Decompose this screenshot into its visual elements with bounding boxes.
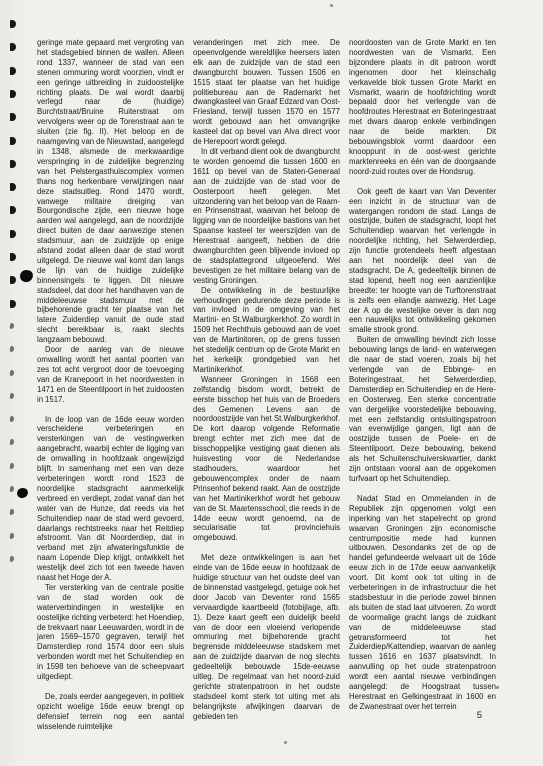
text-column-1: geringe mate gepaard met vergroting van … bbox=[37, 38, 184, 732]
paragraph: De ontwikkeling in de bestuurlijke verho… bbox=[193, 286, 340, 375]
binding-mark bbox=[10, 43, 16, 51]
paragraph: veranderingen met zich mee. De opeenvolg… bbox=[193, 38, 340, 147]
document-page: geringe mate gepaard met vergroting van … bbox=[0, 0, 543, 766]
binding-mark bbox=[10, 393, 15, 400]
text-column-2: veranderingen met zich mee. De opeenvolg… bbox=[193, 38, 340, 722]
scan-speck bbox=[330, 4, 333, 7]
binding-mark bbox=[10, 346, 15, 353]
binding-mark bbox=[10, 486, 15, 493]
paragraph: Met deze ontwikkelingen is aan het einde… bbox=[193, 553, 340, 721]
binding-mark bbox=[10, 416, 15, 423]
binding-mark bbox=[10, 90, 16, 98]
binding-mark bbox=[10, 113, 16, 121]
binding-mark bbox=[10, 532, 15, 539]
binding-mark bbox=[10, 509, 15, 516]
binding-mark bbox=[10, 276, 16, 284]
binding-mark bbox=[10, 183, 16, 191]
binding-mark bbox=[10, 206, 16, 214]
paragraph: Nadat Stad en Ommelanden in de Republiek… bbox=[349, 494, 496, 712]
paragraph: Wanneer Groningen in 1568 een zelfstandi… bbox=[193, 375, 340, 543]
paragraph: In dit verband dient ook de dwangburcht … bbox=[193, 147, 340, 286]
scan-speck bbox=[496, 686, 499, 689]
text-column-3: noordoosten van de Grote Markt en ten no… bbox=[349, 38, 496, 712]
binding-mark bbox=[10, 230, 16, 238]
ink-blot bbox=[19, 269, 34, 283]
binding-mark bbox=[10, 462, 15, 469]
scan-speck bbox=[284, 741, 287, 744]
paragraph: Door de aanleg van de nieuwe omwalling w… bbox=[37, 345, 184, 404]
binding-mark bbox=[10, 556, 15, 563]
binding-mark bbox=[10, 300, 16, 308]
paragraph: geringe mate gepaard met vergroting van … bbox=[37, 38, 184, 345]
binding-mark bbox=[10, 439, 15, 446]
paragraph: Buiten de omwalling bevindt zich losse b… bbox=[349, 335, 496, 484]
paragraph: De, zoals eerder aangegeven, in politiek… bbox=[37, 692, 184, 732]
ink-blot bbox=[16, 487, 29, 499]
paragraph: Ter versterking van de centrale positie … bbox=[37, 583, 184, 682]
binding-mark bbox=[10, 323, 15, 330]
binding-mark bbox=[10, 67, 16, 75]
binding-mark bbox=[10, 160, 16, 168]
binding-mark bbox=[10, 20, 16, 28]
paragraph: Ook geeft de kaart van Van Deventer een … bbox=[349, 187, 496, 336]
binding-mark bbox=[10, 253, 16, 261]
binding-mark bbox=[10, 137, 16, 145]
page-number: 5 bbox=[462, 710, 482, 721]
paragraph: In de loop van de 16de eeuw worden versc… bbox=[37, 415, 184, 583]
paragraph: noordoosten van de Grote Markt en ten no… bbox=[349, 38, 496, 177]
binding-mark bbox=[10, 369, 15, 376]
